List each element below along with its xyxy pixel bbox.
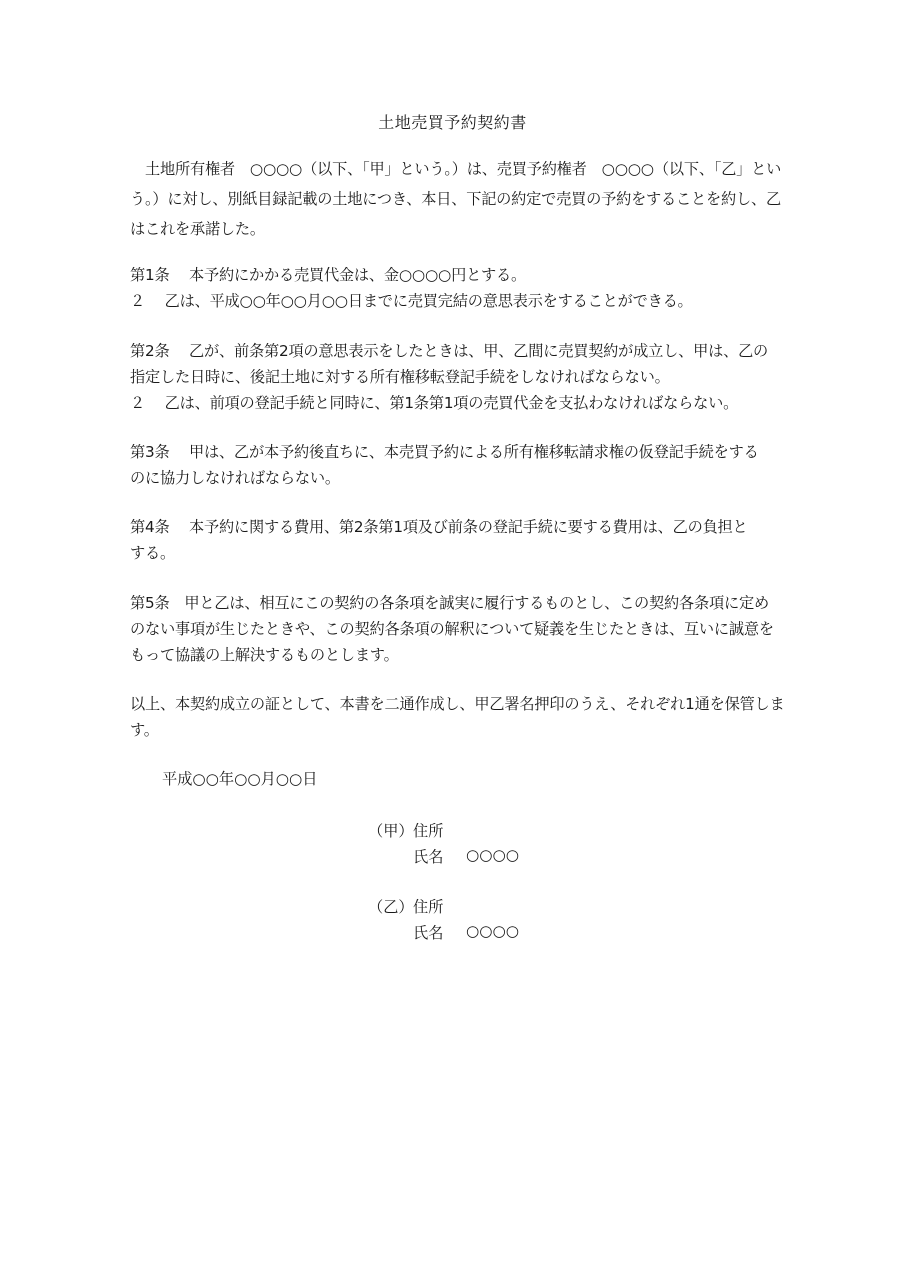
article-line: 第2条 乙が、前条第2項の意思表示をしたときは、甲、乙間に売買契約が成立し、甲は…	[130, 340, 768, 361]
preamble-line: はこれを承諾した。	[130, 218, 265, 239]
article-line: ２ 乙は、平成○○年○○月○○日までに売買完結の意思表示をすることができる。	[130, 290, 693, 311]
article-line: のに協力しなければならない。	[130, 467, 340, 488]
article-line: のない事項が生じたときや、この契約各条項の解釈について疑義を生じたときは、互いに…	[130, 618, 774, 639]
name-value: ○○○○	[466, 922, 519, 940]
article-line: 第3条 甲は、乙が本予約後直ちに、本売買予約による所有権移転請求権の仮登記手続を…	[130, 441, 759, 462]
address-label: 住所	[413, 820, 443, 841]
article-line: ２ 乙は、前項の登記手続と同時に、第1条第1項の売買代金を支払わなければならない…	[130, 392, 738, 413]
address-label: 住所	[413, 896, 443, 917]
article-line: 第1条 本予約にかかる売買代金は、金○○○○円とする。	[130, 264, 526, 285]
article-line: する。	[130, 542, 175, 563]
preamble-line: 土地所有権者 ○○○○（以下、「甲」という。）は、売買予約権者 ○○○○（以下、…	[130, 158, 781, 179]
closing-line: 以上、本契約成立の証として、本書を二通作成し、甲乙署名押印のうえ、それぞれ1通を…	[130, 693, 785, 714]
name-label: 氏名	[413, 846, 443, 867]
article-line: 第5条 甲と乙は、相互にこの契約の各条項を誠実に履行するものとし、この契約各条項…	[130, 592, 769, 613]
article-line: 指定した日時に、後記土地に対する所有権移転登記手続をしなければならない。	[130, 366, 670, 387]
party-role: （乙）	[368, 896, 414, 917]
name-label: 氏名	[413, 922, 443, 943]
article-line: 第4条 本予約に関する費用、第2条第1項及び前条の登記手続に要する費用は、乙の負…	[130, 516, 748, 537]
party-role: （甲）	[368, 820, 414, 841]
document-title: 土地売買予約契約書	[0, 110, 905, 133]
article-line: もって協議の上解決するものとします。	[130, 644, 399, 665]
contract-date: 平成○○年○○月○○日	[162, 768, 317, 789]
document-page: 土地売買予約契約書 土地所有権者 ○○○○（以下、「甲」という。）は、売買予約権…	[0, 0, 905, 1280]
closing-line: す。	[130, 719, 159, 740]
name-value: ○○○○	[466, 846, 519, 864]
preamble-line: う。）に対し、別紙目録記載の土地につき、本日、下記の約定で売買の予約をすることを…	[130, 188, 781, 209]
